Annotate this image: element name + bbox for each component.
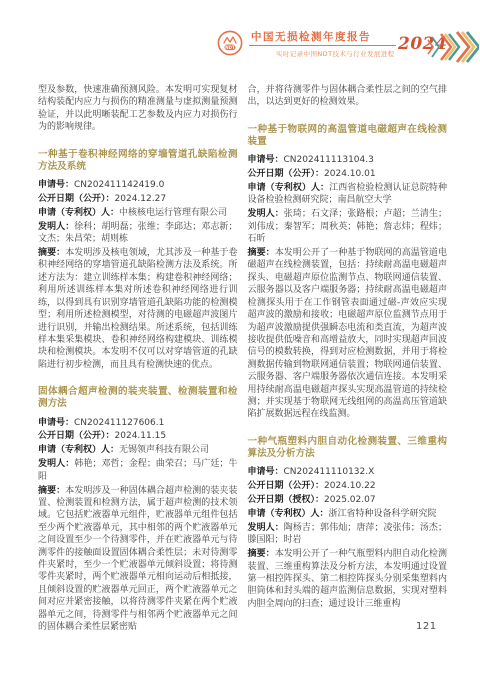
field-inventors: 发明人：徐科；胡明磊；张维；李邱达；邓志新；文杰；朱昌荣；胡则栋	[38, 221, 238, 246]
field-value: CN202411113104.3	[284, 155, 374, 165]
field-label: 摘要：	[248, 248, 275, 258]
field-inventors: 发明人：韩艳；邓哲；金程；曲荣召；马广廷；牛阳	[38, 458, 238, 483]
patent-title: 一种基于卷积神经网络的穿墙管道孔缺陷检测方法及系统	[38, 149, 238, 173]
field-label: 公开日期（公开）：	[38, 431, 115, 441]
field-applicant: 申请（专利权）人：无锡领声科技有限公司	[38, 444, 238, 456]
left-column: 型及参数，快速准确预测风险。本发明可实现复材结构装配内应力与损伤的精准测量与虚拟…	[38, 84, 238, 635]
page-number: 121	[416, 621, 437, 632]
field-label: 申请（专利权）人：	[248, 509, 329, 519]
field-publication-date: 公开日期（公开）：2024.12.27	[38, 193, 238, 205]
field-publication-date: 公开日期（公开）：2024.11.15	[38, 430, 238, 442]
report-title: 中国无损检测年度报告	[251, 29, 371, 44]
field-value: 浙江省特种设备科学研究院	[329, 509, 437, 519]
logo-text: NDT	[225, 45, 235, 50]
field-label: 公开日期（公开）：	[38, 194, 115, 204]
field-label: 申请号：	[38, 418, 74, 428]
field-value: 中核核电运行管理有限公司	[119, 208, 227, 218]
field-abstract: 摘要：本发明涉及一种固体耦合超声检测的装夹装置、检测装置和检测方法，属于超声检测…	[38, 485, 238, 634]
field-label: 发明人：	[248, 209, 284, 219]
field-application-number: 申请号：CN202411113104.3	[248, 154, 448, 166]
field-inventors: 发明人：陶杨吉；郭伟灿；唐萍；凌张伟；汤杰；滕国阳；时岩	[248, 522, 448, 547]
report-subtitle: 实时记录中国NDT技术与行业发展进程	[276, 49, 395, 58]
field-label: 申请号：	[38, 180, 74, 190]
patent-title: 固体耦合超声检测的装夹装置、检测装置和检测方法	[38, 386, 238, 410]
chevrons-icon	[427, 28, 479, 70]
field-label: 摘要：	[38, 486, 65, 496]
patent-title: 一种基于物联网的高温管道电磁超声在线检测装置	[248, 124, 448, 148]
continuation-paragraph: 型及参数，快速准确预测风险。本发明可实现复材结构装配内应力与损伤的精准测量与虚拟…	[38, 84, 238, 134]
field-publication-date: 公开日期（公开）：2024.10.01	[248, 168, 448, 180]
field-label: 发明人：	[38, 222, 74, 232]
field-value: 2024.10.22	[324, 481, 376, 491]
right-column: 合，并将待测零件与固体耦合柔性层之间的空气排出，以达到更好的检测效果。 一种基于…	[248, 84, 448, 635]
header-rule	[249, 45, 396, 46]
field-applicant: 申请（专利权）人：中核核电运行管理有限公司	[38, 207, 238, 219]
field-value: 2024.11.15	[115, 431, 167, 441]
field-value: 2024.10.01	[324, 169, 376, 179]
field-label: 发明人：	[248, 523, 284, 533]
field-value: 本发明公开了一种基于物联网的高温管道电磁超声在线检测装置，包括：持续耐高温电磁超…	[248, 248, 448, 419]
field-applicant: 申请（专利权）人：江西省检验检测认证总院特种设备检验检测研究院；南昌航空大学	[248, 182, 448, 207]
field-label: 申请号：	[248, 155, 284, 165]
field-label: 申请（专利权）人：	[38, 208, 119, 218]
page-header: NDT 中国无损检测年度报告 实时记录中国NDT技术与行业发展进程 2024	[0, 0, 480, 72]
field-label: 摘要：	[248, 549, 275, 559]
field-value: CN202411110132.X	[284, 467, 375, 477]
field-label: 摘要：	[38, 248, 65, 258]
field-value: 本发明涉及一种固体耦合超声检测的装夹装置、检测装置和检测方法，属于超声检测的技术…	[38, 486, 238, 632]
field-applicant: 申请（专利权）人：浙江省特种设备科学研究院	[248, 508, 448, 520]
field-label: 公开日期（公开）：	[248, 169, 325, 179]
field-value: 本发明公开了一种气瓶塑料内胆自动化检测装置、三维重构算法及分析方法，本发明通过设…	[248, 549, 448, 609]
field-value: 无锡领声科技有限公司	[119, 445, 209, 455]
field-label: 申请（专利权）人：	[248, 183, 330, 193]
field-application-number: 申请号：CN202411110132.X	[248, 466, 448, 478]
field-abstract: 摘要：本发明公开了一种气瓶塑料内胆自动化检测装置、三维重构算法及分析方法，本发明…	[248, 548, 448, 610]
field-value: CN202411127606.1	[74, 418, 164, 428]
field-abstract: 摘要：本发明涉及核电领域，尤其涉及一种基于卷积神经网络的穿墙管道孔缺陷检测方法及…	[38, 247, 238, 371]
field-publication-date: 公开日期（公开）：2024.10.22	[248, 480, 448, 492]
field-abstract: 摘要：本发明公开了一种基于物联网的高温管道电磁超声在线检测装置，包括：持续耐高温…	[248, 247, 448, 421]
field-value: 2024.12.27	[115, 194, 167, 204]
field-label: 发明人：	[38, 459, 74, 469]
field-label: 申请号：	[248, 467, 284, 477]
field-value: 本发明涉及核电领域，尤其涉及一种基于卷积神经网络的穿墙管道孔缺陷检测方法及系统。…	[38, 248, 238, 370]
field-value: 2025.02.07	[324, 495, 376, 505]
field-label: 申请（专利权）人：	[38, 445, 119, 455]
field-label: 公开日期（授权）：	[248, 495, 325, 505]
continuation-paragraph: 合，并将待测零件与固体耦合柔性层之间的空气排出，以达到更好的检测效果。	[248, 84, 448, 109]
field-inventors: 发明人：张琦；石文泽；张路根；卢超；兰清生；刘伟成；秦智军；周秋英；韩艳；詹志炜…	[248, 208, 448, 245]
report-page: NDT 中国无损检测年度报告 实时记录中国NDT技术与行业发展进程 2024	[0, 0, 480, 673]
field-label: 公开日期（公开）：	[248, 481, 325, 491]
field-grant-date: 公开日期（授权）：2025.02.07	[248, 494, 448, 506]
patent-title: 一种气瓶塑料内胆自动化检测装置、三维重构算法及分析方法	[248, 436, 448, 460]
field-application-number: 申请号：CN202411127606.1	[38, 417, 238, 429]
field-application-number: 申请号：CN202411142419.0	[38, 179, 238, 191]
field-value: CN202411142419.0	[74, 180, 164, 190]
content-columns: 型及参数，快速准确预测风险。本发明可实现复材结构装配内应力与损伤的精准测量与虚拟…	[38, 84, 447, 635]
ndt-logo-icon: NDT	[217, 30, 243, 56]
